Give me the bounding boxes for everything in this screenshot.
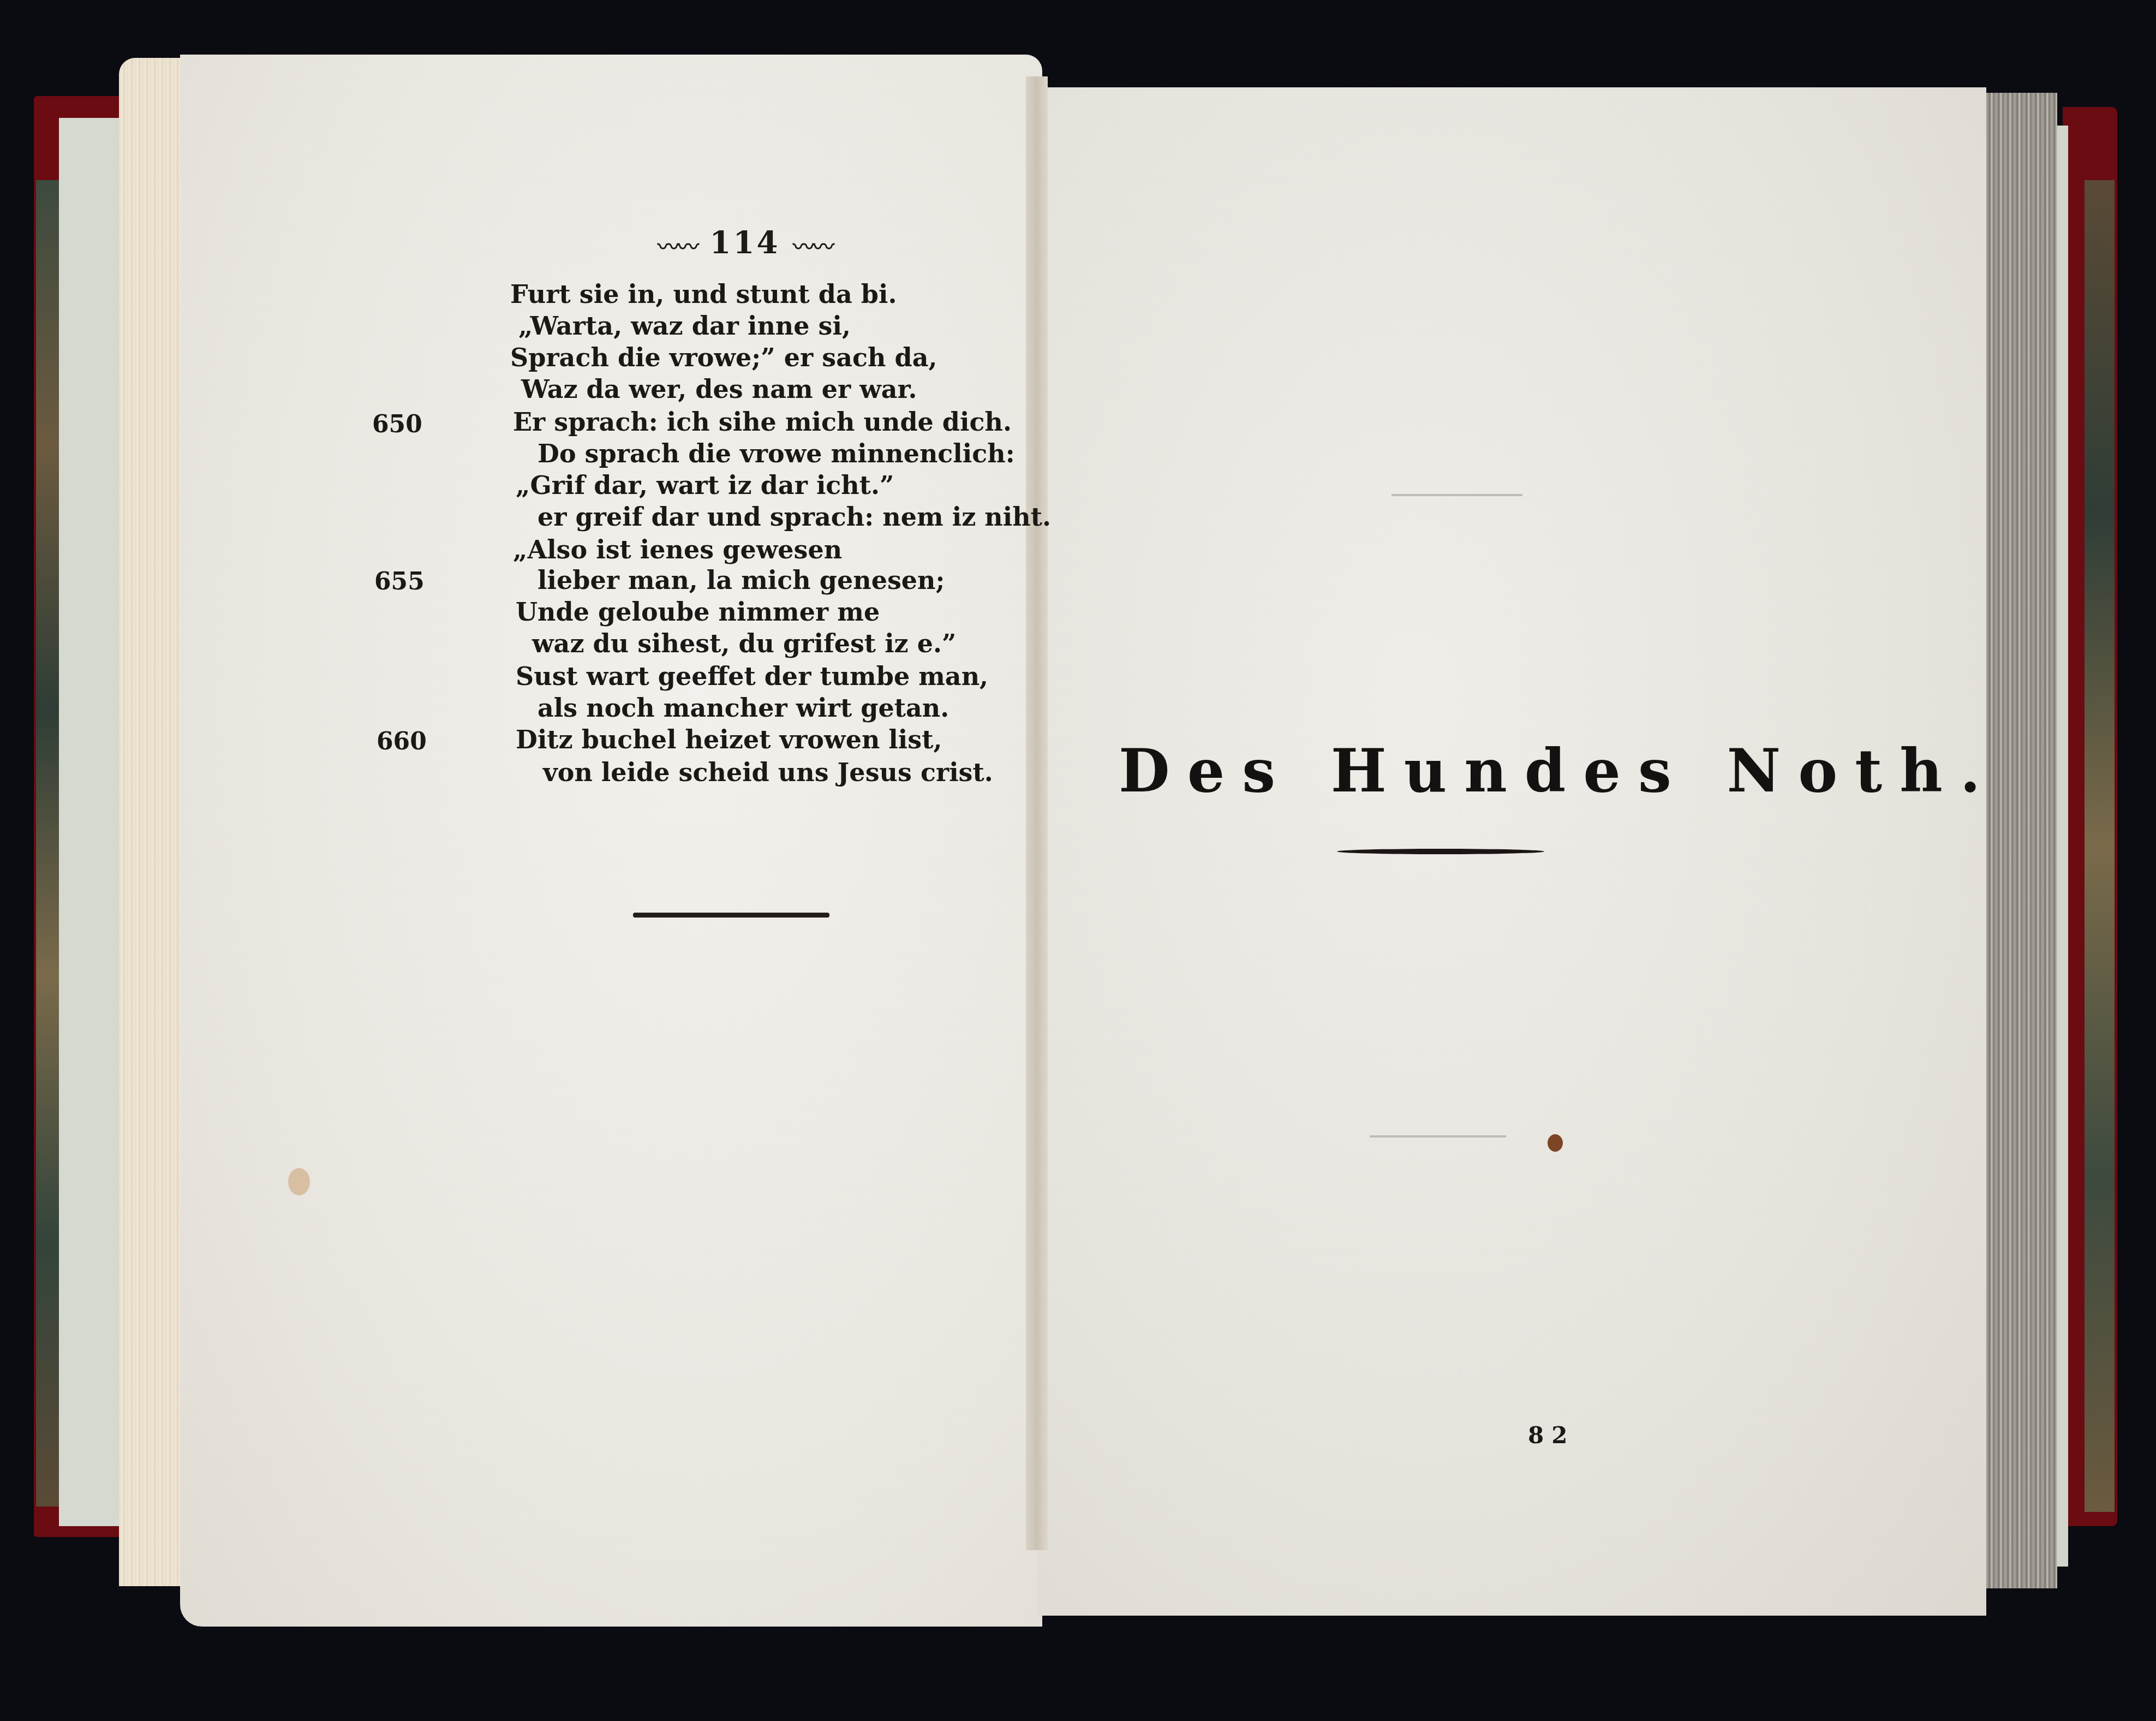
line-number: 655 [374, 568, 425, 595]
verse-line: er greif dar und sprach: nem iz niht. [537, 502, 1051, 532]
verse-line: Er sprach: ich sihe mich unde dich. [513, 407, 1012, 437]
line-number: 650 [372, 410, 422, 438]
verse-line: „Grif dar, wart iz dar icht.” [516, 471, 894, 500]
title-rule [1337, 849, 1544, 854]
show-through-rule [1370, 1135, 1506, 1138]
page-edges-left [119, 58, 184, 1586]
show-through-rule [1391, 494, 1522, 496]
closing-rule [633, 913, 829, 918]
foxing-stain [1548, 1134, 1563, 1152]
verse-line: Sust wart geeffet der tumbe man, [516, 662, 988, 691]
signature-mark: 82 [1528, 1422, 1575, 1449]
verse-line: von leide scheid uns Jesus crist. [543, 758, 993, 787]
running-header: 〰〰 114 〰〰 [622, 225, 868, 261]
verse-line: waz du sihest, du grifest iz e.” [532, 629, 957, 658]
verse-line: als noch mancher wirt getan. [537, 693, 949, 723]
foxing-stain [288, 1168, 310, 1195]
endpaper-left [59, 118, 119, 1526]
line-number: 660 [377, 728, 427, 755]
ornament-wave-right: 〰〰 [793, 234, 832, 260]
verse-line: Waz da wer, des nam er war. [521, 374, 917, 404]
verse-line: Do sprach die vrowe minnenclich: [537, 439, 1015, 468]
page-number-left: 114 [710, 225, 780, 261]
verse-line: Furt sie in, und stunt da bi. [510, 279, 897, 309]
verse-line: Unde geloube nimmer me [516, 597, 880, 627]
page-edges-right [1975, 93, 2057, 1588]
verse-line: Sprach die vrowe;” er sach da, [510, 343, 937, 372]
verse-line: Ditz buchel heizet vrowen list, [516, 725, 942, 754]
chapter-title: Des Hundes Noth. [1119, 737, 1998, 806]
verse-line: „Also ist ienes gewesen [513, 535, 842, 564]
ornament-wave-left: 〰〰 [658, 234, 697, 260]
book-gutter [1026, 76, 1048, 1550]
marbled-board-right [2085, 180, 2115, 1512]
verse-line: lieber man, la mich genesen; [537, 565, 945, 595]
verse-line: „Warta, waz dar inne si, [518, 311, 851, 341]
